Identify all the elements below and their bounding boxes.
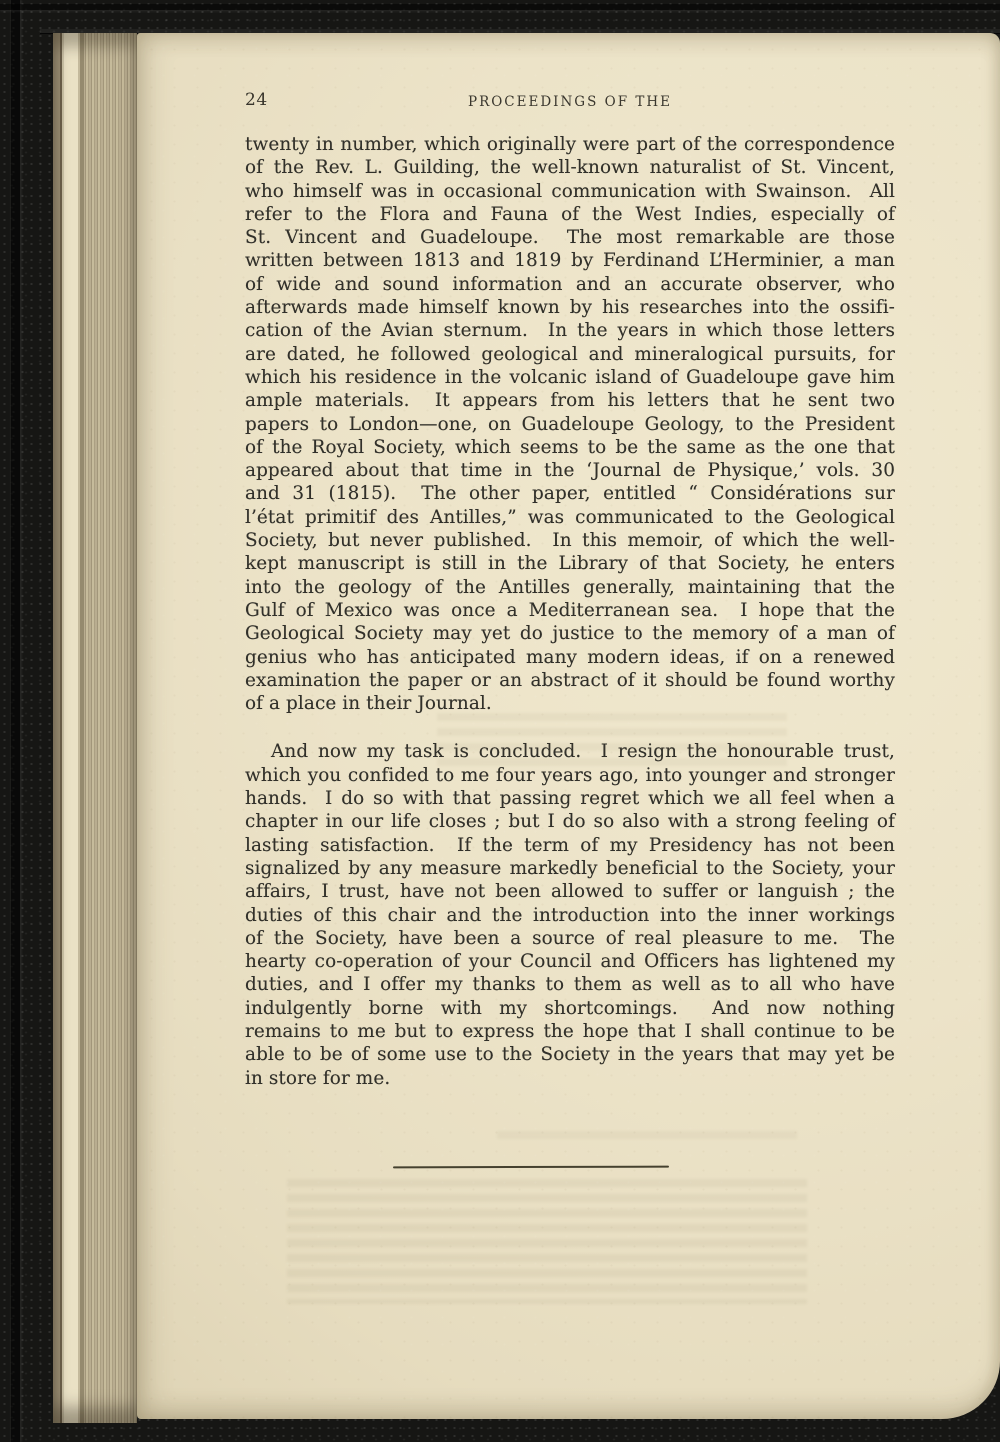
- text-line: And now my task is concluded. I resign t…: [245, 740, 895, 763]
- paragraph-2: And now my task is concluded. I resign t…: [245, 740, 895, 1089]
- text-line: of the Rev. L. Guilding, the well-known …: [245, 156, 895, 179]
- text-line: hands. I do so with that passing regret …: [245, 787, 895, 810]
- text-line: cation of the Avian sternum. In the year…: [245, 319, 895, 342]
- text-line: signalized by any measure markedly benef…: [245, 857, 895, 880]
- ink-showthrough: [497, 1131, 797, 1143]
- text-line: genius who has anticipated many modern i…: [245, 646, 895, 669]
- page-surface: 24 PROCEEDINGS OF THE twenty in number, …: [137, 33, 1000, 1419]
- text-line: which his residence in the volcanic isla…: [245, 366, 895, 389]
- text-line: written between 1813 and 1819 by Ferdina…: [245, 249, 895, 272]
- text-line: appeared about that time in the ‘Journal…: [245, 459, 895, 482]
- text-line: Geological Society may yet do justice to…: [245, 622, 895, 645]
- text-line: remains to me but to express the hope th…: [245, 1020, 895, 1043]
- text-line: examination the paper or an abstract of …: [245, 669, 895, 692]
- text-line: afterwards made himself known by his res…: [245, 296, 895, 319]
- text-line: affairs, I trust, have not been allowed …: [245, 880, 895, 903]
- text-line: hearty co-operation of your Council and …: [245, 950, 895, 973]
- cover-top-groove: [0, 4, 1000, 10]
- text-line: in store for me.: [245, 1067, 895, 1090]
- ink-showthrough: [287, 1179, 807, 1304]
- text-line: of the Royal Society, which seems to be …: [245, 436, 895, 459]
- text-line: twenty in number, which originally were …: [245, 133, 895, 156]
- text-line: l’état primitif des Antilles,” was commu…: [245, 506, 895, 529]
- text-line: of a place in their Journal.: [245, 692, 895, 715]
- body-text: twenty in number, which originally were …: [245, 133, 895, 1090]
- text-line: kept manuscript is still in the Library …: [245, 552, 895, 575]
- cover-spine-groove: [11, 0, 20, 1442]
- paragraph-1: twenty in number, which originally were …: [245, 133, 895, 715]
- section-divider-rule: [393, 1166, 669, 1169]
- text-line: papers to London—one, on Guadeloupe Geol…: [245, 413, 895, 436]
- text-line: of wide and sound information and an acc…: [245, 273, 895, 296]
- page-edge-stack: [53, 33, 137, 1423]
- text-line: lasting satisfaction. If the term of my …: [245, 834, 895, 857]
- running-head: PROCEEDINGS OF THE: [245, 94, 895, 110]
- text-line: St. Vincent and Guadeloupe. The most rem…: [245, 226, 895, 249]
- text-line: which you confided to me four years ago,…: [245, 764, 895, 787]
- text-line: able to be of some use to the Society in…: [245, 1043, 895, 1066]
- text-line: Society, but never published. In this me…: [245, 529, 895, 552]
- text-line: refer to the Flora and Fauna of the West…: [245, 203, 895, 226]
- text-line: and 31 (1815). The other paper, entitled…: [245, 482, 895, 505]
- text-line: ample materials. It appears from his let…: [245, 389, 895, 412]
- scanned-book-photo: { "page": { "number": "24", "running_hea…: [0, 0, 1000, 1442]
- text-line: of the Society, have been a source of re…: [245, 927, 895, 950]
- text-line: duties of this chair and the introductio…: [245, 904, 895, 927]
- text-line: indulgently borne with my shortcomings. …: [245, 997, 895, 1020]
- text-line: duties, and I offer my thanks to them as…: [245, 973, 895, 996]
- text-line: who himself was in occasional communicat…: [245, 180, 895, 203]
- text-line: Gulf of Mexico was once a Mediterranean …: [245, 599, 895, 622]
- text-line: are dated, he followed geological and mi…: [245, 343, 895, 366]
- text-line: chapter in our life closes ; but I do so…: [245, 810, 895, 833]
- text-line: into the geology of the Antilles general…: [245, 576, 895, 599]
